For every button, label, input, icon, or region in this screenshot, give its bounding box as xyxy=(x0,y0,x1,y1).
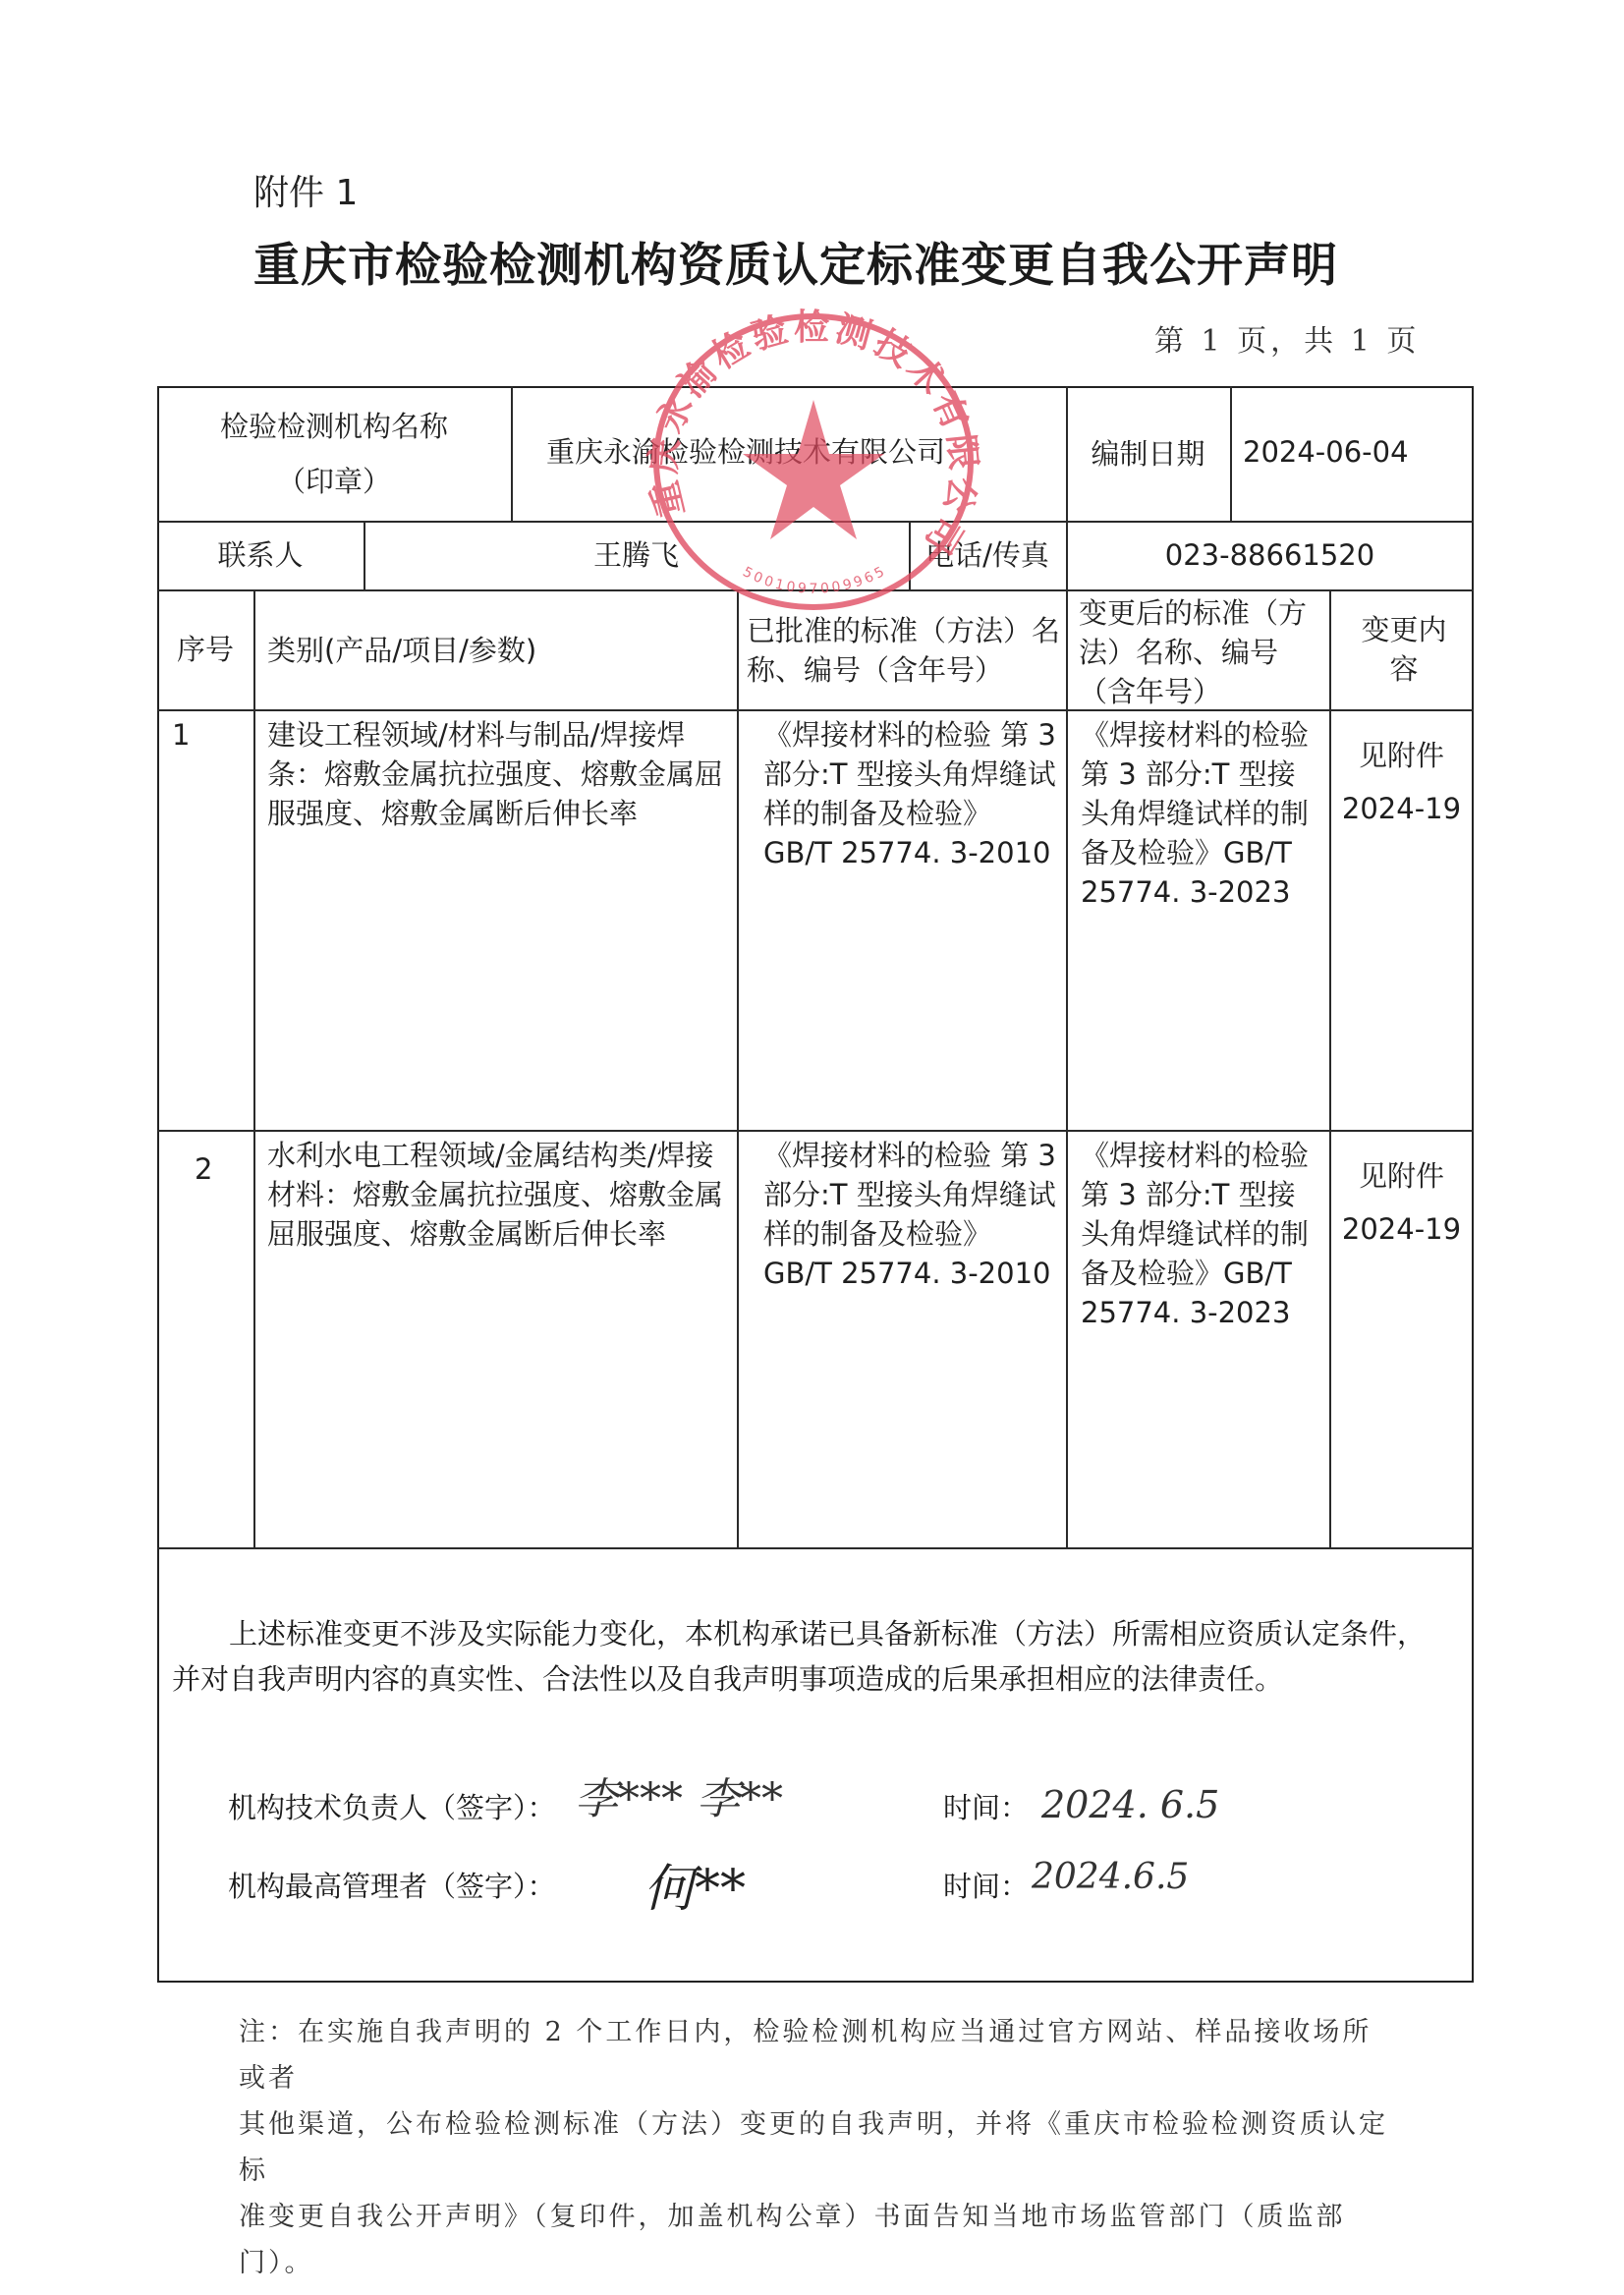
col-header-category: 类别(产品/项目/参数) xyxy=(267,631,729,670)
row1-approved-standard: 《焊接材料的检验 第 3 部分:T 型接头角焊缝试样的制备及检验》GB/T 25… xyxy=(763,715,1058,872)
page-title: 重庆市检验检测机构资质认定标准变更自我公开声明 xyxy=(253,229,1338,295)
col-header-change: 变更内容 xyxy=(1334,589,1474,709)
footnote: 注：在实施自我声明的 2 个工作日内，检验检测机构应当通过官方网站、样品接收场所… xyxy=(239,2009,1398,2286)
row-divider xyxy=(157,1547,1474,1549)
tech-lead-label: 机构技术负责人（签字）： xyxy=(228,1786,556,1826)
org-name-label-line2: （印章） xyxy=(277,454,391,509)
col-divider xyxy=(1066,589,1068,1547)
row-divider xyxy=(157,589,1474,591)
tech-lead-signature: 李*** 李** xyxy=(575,1763,783,1826)
col-header-new: 变更后的标准（方法）名称、编号（含年号） xyxy=(1079,593,1324,711)
row2-new-standard: 《焊接材料的检验 第 3 部分:T 型接头角焊缝试样的制备及检验》GB/T 25… xyxy=(1081,1136,1321,1332)
row1-change-content: 见附件 2024-19 xyxy=(1329,729,1474,835)
row1-category: 建设工程领域/材料与制品/焊接焊条：熔敷金属抗拉强度、熔敷金属屈服强度、熔敷金属… xyxy=(267,715,729,833)
row1-change-line1: 见附件 xyxy=(1329,729,1474,782)
org-name-label: 检验检测机构名称 （印章） xyxy=(157,386,511,521)
phone-label: 电话/传真 xyxy=(909,521,1066,589)
row2-category: 水利水电工程领域/金属结构类/焊接材料：熔敷金属抗拉强度、熔敷金属屈服强度、熔敷… xyxy=(267,1136,729,1254)
date-value: 2024-06-04 xyxy=(1243,432,1469,472)
row-divider xyxy=(157,1130,1474,1132)
tech-lead-time-label: 时间： xyxy=(943,1786,1029,1826)
row1-seq: 1 xyxy=(172,715,241,755)
top-manager-signature: 何** xyxy=(644,1847,746,1921)
col-divider xyxy=(1230,386,1232,521)
col-header-seq: 序号 xyxy=(157,589,253,709)
declaration-line1: 上述标准变更不涉及实际能力变化，本机构承诺已具备新标准（方法）所需相应资质认定条… xyxy=(172,1611,1469,1656)
row2-approved-standard: 《焊接材料的检验 第 3 部分:T 型接头角焊缝试样的制备及检验》GB/T 25… xyxy=(763,1136,1058,1293)
footnote-line2: 其他渠道，公布检验检测标准（方法）变更的自我声明，并将《重庆市检验检测资质认定标 xyxy=(239,2101,1398,2194)
footnote-line1: 注：在实施自我声明的 2 个工作日内，检验检测机构应当通过官方网站、样品接收场所… xyxy=(239,2009,1398,2101)
row2-seq: 2 xyxy=(195,1149,244,1189)
org-name-value: 重庆永渝检验检测技术有限公司 xyxy=(546,432,1057,472)
col-header-approved: 已批准的标准（方法）名称、编号（含年号） xyxy=(747,611,1061,690)
contact-label: 联系人 xyxy=(157,521,364,589)
declaration-line2: 并对自我声明内容的真实性、合法性以及自我声明事项造成的后果承担相应的法律责任。 xyxy=(172,1656,1469,1702)
row1-new-standard: 《焊接材料的检验 第 3 部分:T 型接头角焊缝试样的制备及检验》GB/T 25… xyxy=(1081,715,1321,912)
declaration-text: 上述标准变更不涉及实际能力变化，本机构承诺已具备新标准（方法）所需相应资质认定条… xyxy=(172,1611,1469,1702)
top-manager-label: 机构最高管理者（签字）： xyxy=(228,1865,556,1905)
date-label: 编制日期 xyxy=(1066,386,1230,521)
phone-value: 023-88661520 xyxy=(1066,521,1474,589)
col-divider xyxy=(511,386,513,521)
row1-change-line2: 2024-19 xyxy=(1329,782,1474,835)
top-manager-time-label: 时间： xyxy=(943,1865,1029,1905)
row2-change-line1: 见附件 xyxy=(1329,1149,1474,1203)
contact-name: 王腾飞 xyxy=(364,521,909,589)
attachment-label: 附件 1 xyxy=(253,165,358,215)
col-divider xyxy=(737,589,739,1547)
footnote-line3: 准变更自我公开声明》（复印件，加盖机构公章）书面告知当地市场监管部门（质监部门）… xyxy=(239,2194,1398,2286)
page-indicator: 第 1 页，共 1 页 xyxy=(1154,316,1420,360)
top-manager-time: 2024.6.5 xyxy=(1032,1857,1189,1897)
tech-lead-time: 2024. 6.5 xyxy=(1041,1783,1219,1826)
row2-change-content: 见附件 2024-19 xyxy=(1329,1149,1474,1256)
row2-change-line2: 2024-19 xyxy=(1329,1203,1474,1256)
col-divider xyxy=(253,589,255,1547)
org-name-label-line1: 检验检测机构名称 xyxy=(220,399,448,454)
